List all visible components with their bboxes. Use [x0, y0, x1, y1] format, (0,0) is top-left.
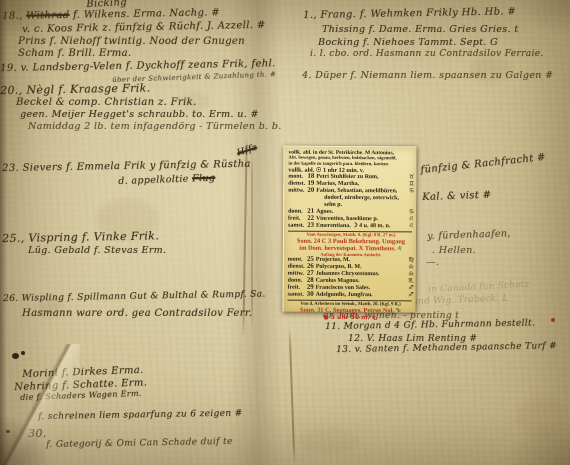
handwritten-line: i. l. cbo. ord. Hasmann zu Contradsilov … — [310, 50, 544, 59]
handwritten-line: f. schreinen liem spaarfung zu 6 zeigen … — [38, 409, 243, 422]
handwritten-line: 30. — [28, 428, 47, 440]
handwritten-line: 11. Morgan d 4 Gf. Hb. Fuhrmann bestellt… — [325, 319, 535, 332]
zodiac-icon: ♌ — [406, 223, 414, 230]
manuscript-scan: Bicking18., Withrad f. Wilkens. Erma. Na… — [0, 0, 570, 465]
handwritten-line: Hasmann ware ord. gea Contradsilov Ferr. — [22, 309, 252, 320]
handwritten-line: 20., Nègl f. Kraasge Frik. — [0, 82, 150, 96]
calendar-date: 20 — [305, 188, 316, 209]
paper-stain — [516, 396, 568, 438]
zodiac-icon: ♐ — [406, 292, 414, 299]
calendar-slip: vollk. abl. in der St. Petrikirche. M An… — [282, 146, 416, 313]
handwritten-line: Beckel & comp. Christian z. Frik. — [16, 98, 197, 109]
red-seal-dot — [551, 318, 555, 322]
handwritten-line: 25., Vispring f. Vinke Frik. — [2, 230, 159, 244]
handwritten-line: Lüg. Gebald f. Stevas Erm. — [28, 246, 166, 256]
handwritten-line: geen. Meijer Hegget's schraubb. to. Erm.… — [20, 110, 259, 120]
handwritten-line: Scham f. Brill. Erma. — [18, 49, 131, 60]
ink-blot — [21, 351, 25, 355]
handwritten-line: 26. Wispling f. Spillmann Gut & Bulthal … — [3, 290, 266, 304]
handwritten-line: fünfzig & Rachfracht # — [420, 153, 546, 177]
handwritten-line: d. appelkoltie Flug — [118, 174, 215, 187]
handwritten-line: y. fürdenhaafen, — [427, 229, 511, 242]
handwritten-line: . Hellen. — [432, 246, 476, 256]
handwritten-line: 4. Düper f. Niemann liem. spaansen zu Ga… — [302, 71, 553, 81]
handwritten-line: f. Gategorij & Omi Can Schade duif te — [46, 438, 233, 451]
ink-blot — [6, 430, 10, 433]
handwritten-line: 1., Frang. f. Wehmken Frikly Hb. Hb. # — [303, 7, 516, 21]
handwritten-line: v. c. Koos Frik z. fünfzig & Rüchf. J. A… — [22, 21, 266, 36]
calendar-saints: Emerentiana. ☽ 4 u. 48 m. n. — [316, 222, 406, 229]
gutter-crease — [289, 328, 296, 465]
handwritten-line: Namiddag 2 lb. tem infagendörg - Türmele… — [28, 122, 282, 132]
calendar-day: mittw. — [288, 188, 305, 209]
zodiac-icon: ♌ — [397, 245, 402, 252]
handwritten-line: Prins f. Niehoff twintig. Nood der Gnuge… — [18, 37, 245, 48]
handwritten-line: —. — [426, 258, 439, 268]
calendar-week-1: mont.18Petri Stuhlfeier zu Rom,♉dienst.1… — [288, 174, 414, 230]
handwritten-line: 13. v. Santen f. Methanden spaansche Tur… — [336, 342, 557, 355]
handwritten-line: Kal. & vist # — [422, 191, 492, 204]
calendar-row: samst.23Emerentiana. ☽ 4 u. 48 m. n.♌ — [288, 222, 414, 230]
handwritten-line: und Wig. Trabeck. L — [412, 295, 509, 308]
handwritten-line: in Canada fun Schatz — [428, 281, 530, 296]
ink-blot — [12, 353, 19, 359]
calendar-row: mittw.20Fabian, Sebastian, ameldbüren, d… — [288, 188, 414, 209]
calendar-saints: Adelgundis, Jungfrau. — [316, 291, 406, 298]
gutter-crease — [251, 150, 253, 330]
handwritten-line: Bocking f. Niehoes Tammt. Sept. G — [318, 38, 498, 48]
handwritten-line: die f. Schaders Wagen Erm. — [20, 390, 142, 403]
zodiac-icon: ♋ — [406, 188, 414, 209]
calendar-header: vollk. abl. in der St. Petrikirche. M An… — [288, 150, 414, 175]
calendar-date: 30 — [305, 291, 316, 298]
handwritten-line: Thissing f. Dame. Erma. Gries Gries. t — [322, 25, 518, 35]
paper-stain — [298, 428, 360, 454]
calendar-day: samst. — [288, 222, 305, 229]
calendar-date: 23 — [305, 222, 316, 229]
zodiac-icon: ♑ — [396, 307, 401, 314]
calendar-row: samst.30Adelgundis, Jungfrau.♐ — [288, 291, 414, 299]
calendar-saints: Fabian, Sebastian, ameldbüren, dodorf, n… — [316, 188, 406, 209]
calendar-day: samst. — [288, 291, 305, 298]
calendar-week-2: mont.25Projectus, M.♍dienst.26Polycarpus… — [288, 257, 414, 299]
new-moon-time: ● 5 uhr 50 m. v. — [287, 314, 413, 322]
